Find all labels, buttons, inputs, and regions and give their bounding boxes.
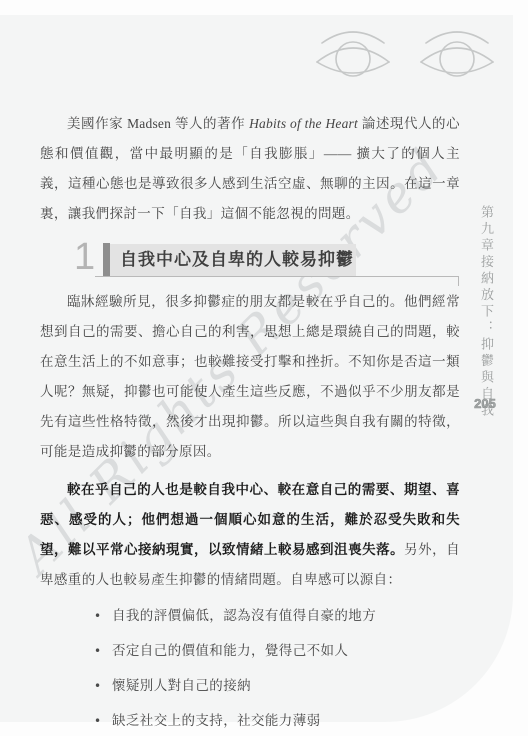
author-name: Madsen bbox=[127, 116, 171, 131]
bullet-icon: • bbox=[94, 706, 101, 736]
bullet-icon: • bbox=[94, 601, 101, 631]
list-item-text: 懷疑別人對自己的接納 bbox=[112, 678, 251, 693]
page-number: 205 bbox=[465, 396, 505, 411]
book-title: Habits of the Heart bbox=[249, 116, 358, 131]
section-number: 1 bbox=[74, 237, 96, 277]
section-title: 自我中心及自卑的人較易抑鬱 bbox=[120, 245, 354, 275]
inferiority-source-list: •自我的評價偏低，認為沒有值得自豪的地方 •否定自己的價值和能力，覺得己不如人 … bbox=[40, 601, 460, 736]
intro-text: 等人的著作 bbox=[171, 116, 249, 131]
section-accent-bar bbox=[103, 243, 110, 277]
paragraph-intro: 美國作家 Madsen 等人的著作 Habits of the Heart 論述… bbox=[40, 109, 460, 229]
chapter-title: 接納放下：抑鬱與自我 bbox=[479, 255, 494, 420]
eyes-decoration bbox=[314, 22, 496, 82]
bullet-icon: • bbox=[94, 671, 101, 701]
bullet-icon: • bbox=[94, 636, 101, 666]
page-surface: All Rights Reserved 美國作家 Madsen 等人的著作 Ha… bbox=[0, 15, 513, 722]
paragraph-clinical: 臨牀經驗所見，很多抑鬱症的朋友都是較在乎自己的。他們經常想到自己的需要、擔心自己… bbox=[40, 287, 460, 467]
body-text-column: 美國作家 Madsen 等人的著作 Habits of the Heart 論述… bbox=[40, 109, 460, 736]
chapter-number: 第九章 bbox=[479, 205, 494, 255]
list-item-text: 否定自己的價值和能力，覺得己不如人 bbox=[112, 643, 348, 658]
section-title-box: 自我中心及自卑的人較易抑鬱 bbox=[110, 244, 356, 276]
section-heading: 1 自我中心及自卑的人較易抑鬱 bbox=[40, 243, 460, 277]
list-item: •自我的評價偏低，認為沒有值得自豪的地方 bbox=[40, 601, 460, 631]
list-item: •懷疑別人對自己的接納 bbox=[40, 671, 460, 701]
list-item-text: 缺乏社交上的支持，社交能力薄弱 bbox=[112, 713, 321, 728]
list-item: •否定自己的價值和能力，覺得己不如人 bbox=[40, 636, 460, 666]
intro-text: 美國作家 bbox=[67, 116, 127, 131]
list-item: •缺乏社交上的支持，社交能力薄弱 bbox=[40, 706, 460, 736]
section-rule bbox=[95, 276, 459, 286]
eye-icon bbox=[314, 22, 392, 82]
self-center-bold-text: 較在乎自己的人也是較自我中心、較在意自己的需要、期望、喜惡、感受的人；他們想過一… bbox=[40, 482, 460, 557]
intro-text: 論述現代人的心態和價值觀，當中最明顯的是「自我膨脹」—— 擴大了的個人主義，這種… bbox=[40, 116, 460, 221]
eye-icon bbox=[418, 22, 496, 82]
book-page: All Rights Reserved 美國作家 Madsen 等人的著作 Ha… bbox=[0, 0, 528, 736]
list-item-text: 自我的評價偏低，認為沒有值得自豪的地方 bbox=[112, 608, 376, 623]
chapter-marker: 第九章接納放下：抑鬱與自我 bbox=[477, 205, 496, 420]
paragraph-self-center: 較在乎自己的人也是較自我中心、較在意自己的需要、期望、喜惡、感受的人；他們想過一… bbox=[40, 475, 460, 595]
